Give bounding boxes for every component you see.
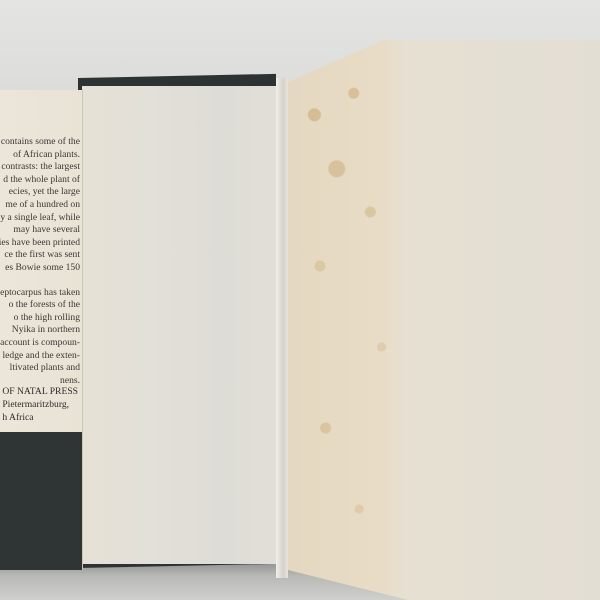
- flap-line: contains some of the: [0, 136, 80, 149]
- flap-line: ce the first was sent: [0, 249, 80, 262]
- flap-line: ledge and the exten-: [0, 350, 80, 363]
- flap-line: me of a hundred on: [0, 199, 80, 212]
- flap-blurb: contains some of the of African plants. …: [0, 136, 80, 387]
- publisher-imprint: OF NATAL PRESS Pietermaritzburg, h Afric…: [2, 386, 78, 424]
- flap-line: account is compoun-: [0, 337, 80, 350]
- flap-line: o the forests of the: [0, 299, 80, 312]
- flap-line: d the whole plant of: [0, 174, 80, 187]
- flap-line: ecies, yet the large: [0, 186, 80, 199]
- flap-line: eptocarpus has taken: [0, 287, 80, 300]
- flap-line: may have several: [0, 224, 80, 237]
- flap-line: ltivated plants and: [0, 362, 80, 375]
- flap-line: cies have been printed: [0, 237, 80, 250]
- flap-line: contrasts: the largest: [0, 161, 80, 174]
- publisher-line: Pietermaritzburg,: [2, 399, 78, 412]
- front-endpaper: [82, 86, 282, 564]
- publisher-line: OF NATAL PRESS: [2, 386, 78, 399]
- flap-line: Nyika in northern: [0, 324, 80, 337]
- flap-line: o the high rolling: [0, 312, 80, 325]
- book-gutter: [276, 78, 288, 578]
- publisher-line: h Africa: [2, 412, 78, 425]
- dust-jacket-flap: contains some of the of African plants. …: [0, 90, 83, 570]
- flap-line: of African plants.: [0, 149, 80, 162]
- free-endpaper: [288, 40, 600, 600]
- flap-line: y a single leaf, while: [0, 212, 80, 225]
- flap-line: es Bowie some 150: [0, 262, 80, 275]
- flap-dark-band: [0, 432, 82, 570]
